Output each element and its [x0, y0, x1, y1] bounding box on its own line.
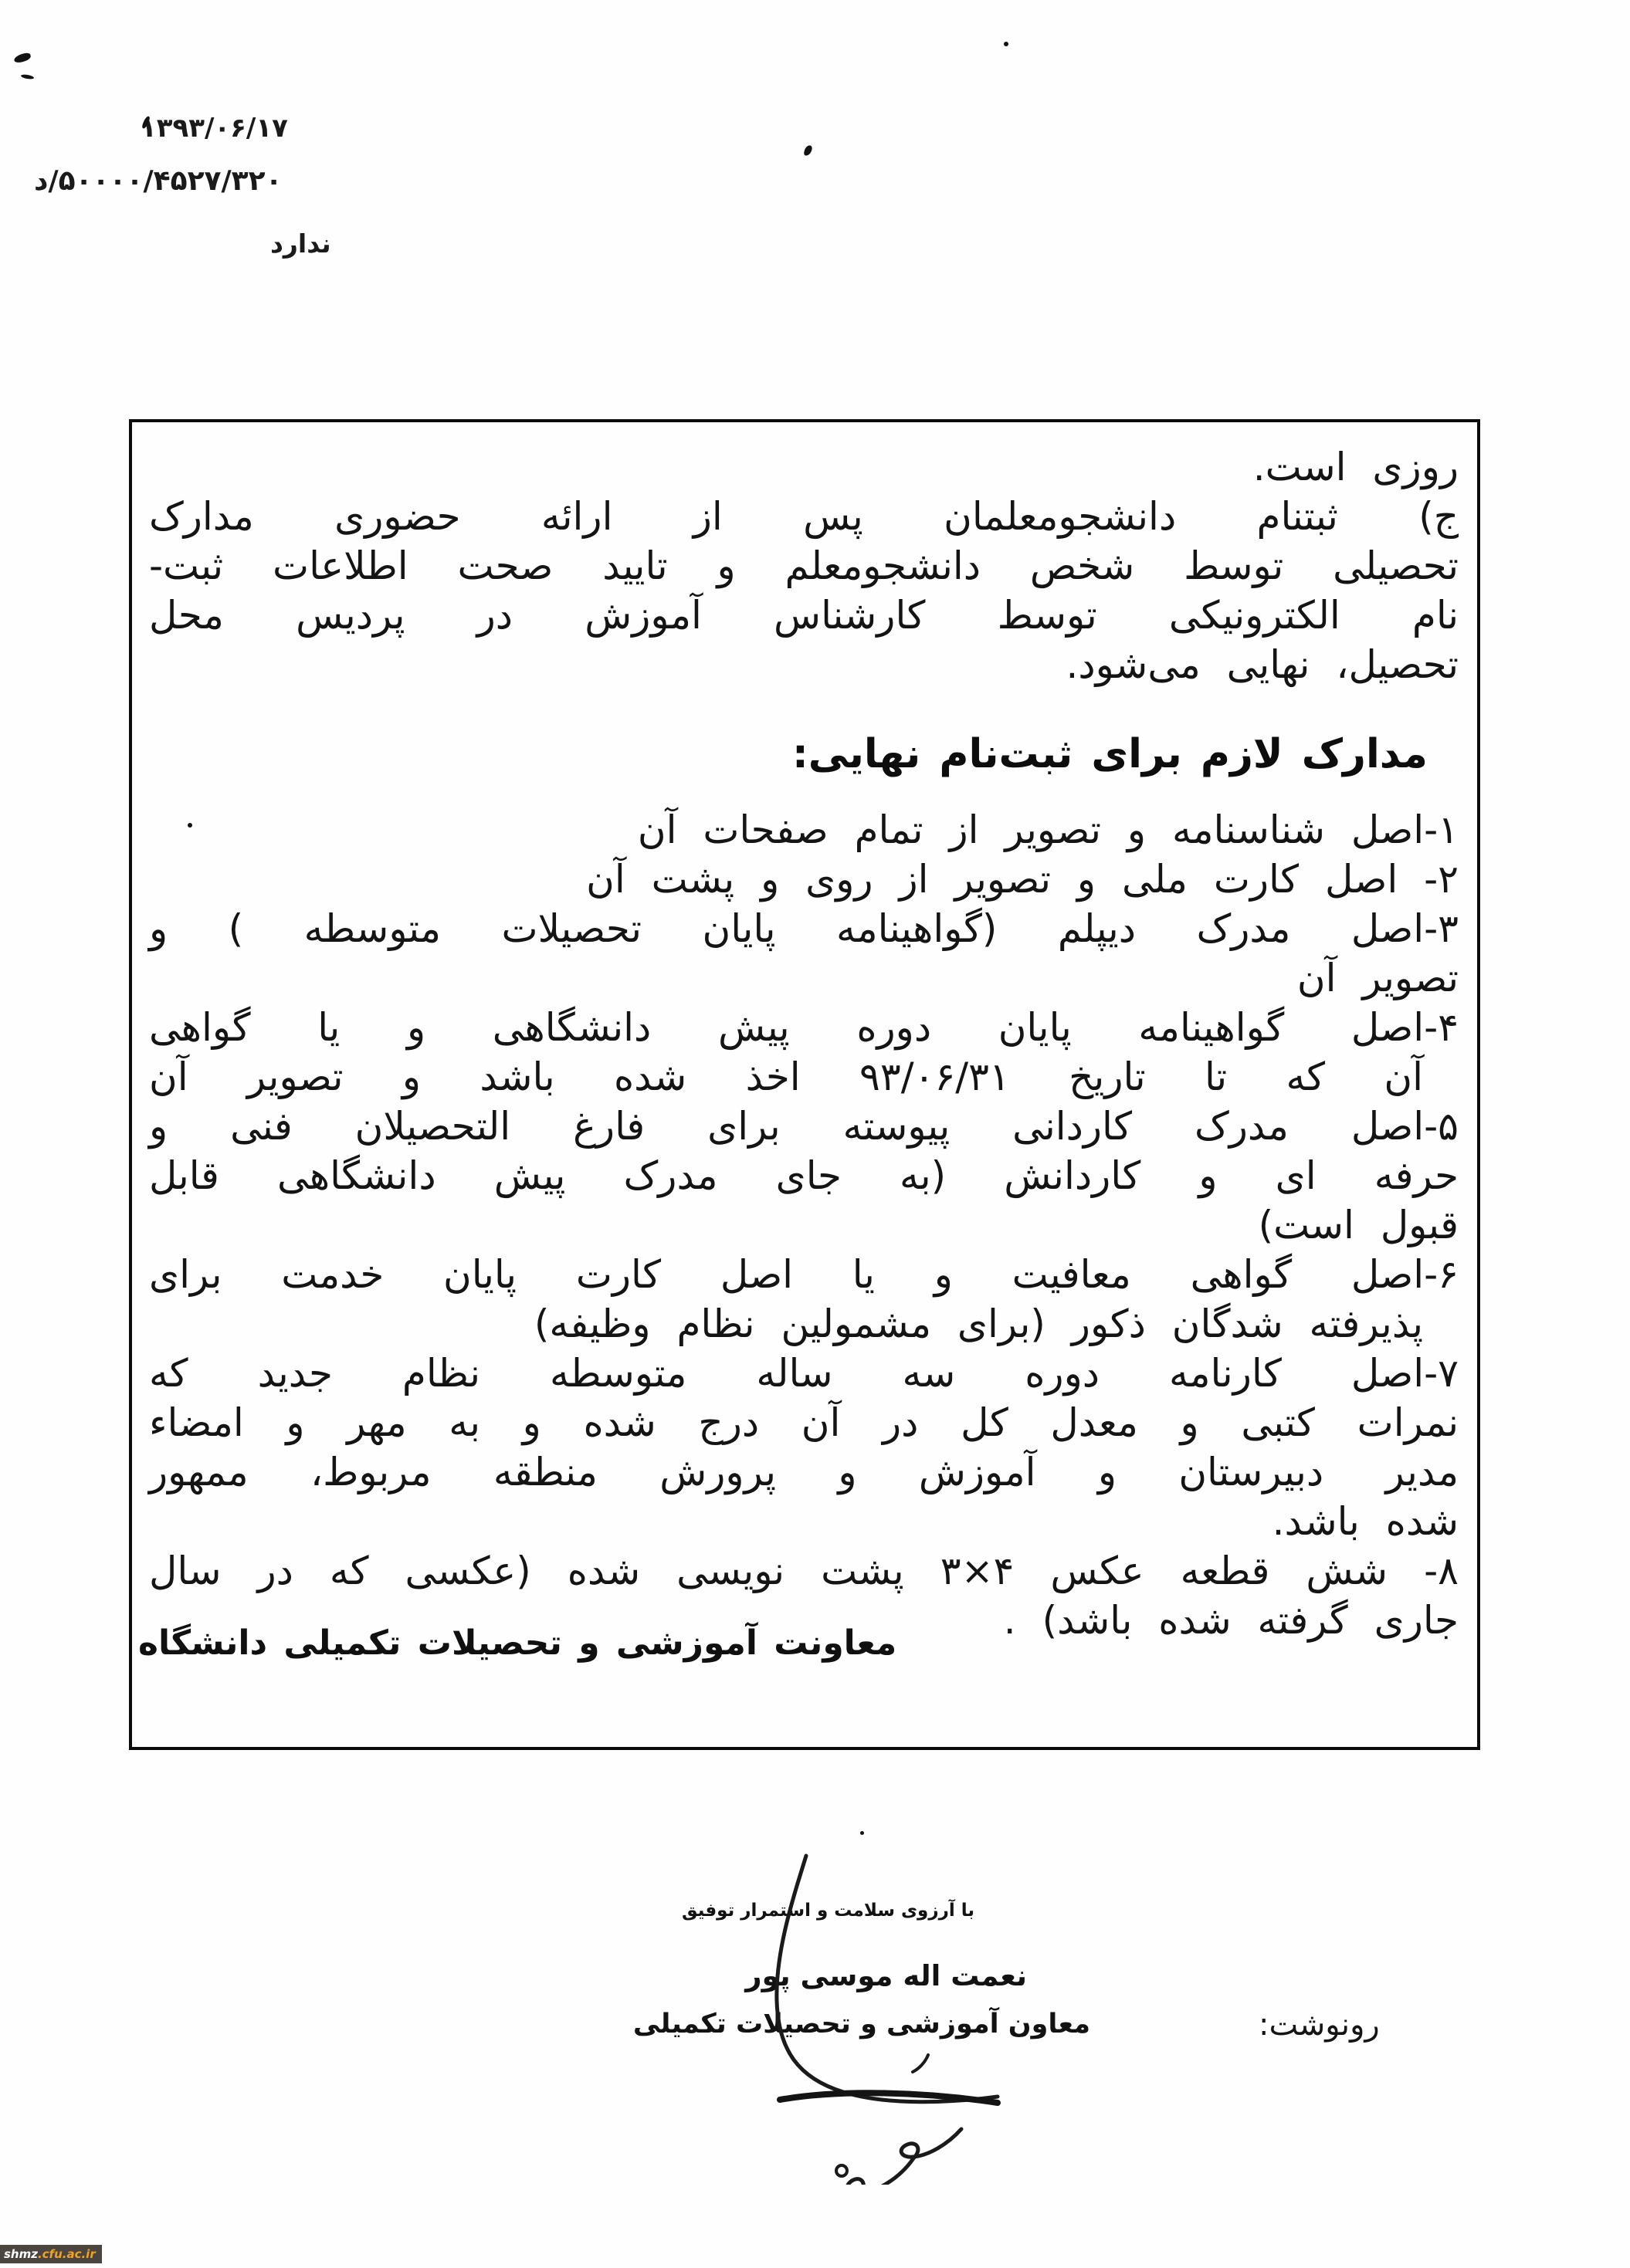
body-line: تحصیلی توسط شخص دانشجومعلم و تایید صحت ا…	[149, 541, 1459, 591]
ink-speck	[860, 1831, 864, 1835]
list-item-continuation: حرفه ای و کاردانش (به جای مدرک پیش دانشگ…	[149, 1151, 1459, 1200]
ink-speck	[188, 823, 192, 828]
list-item-continuation: شده باشد.	[149, 1497, 1459, 1546]
list-item-continuation: قبول است)	[149, 1200, 1459, 1250]
list-item-continuation: مدیر دبیرستان و آموزش و پرورش منطقه مربو…	[149, 1447, 1459, 1497]
list-item-continuation: نمرات کتبی و معدل کل در آن درج شده و به …	[149, 1398, 1459, 1447]
copy-to-label: رونوشت:	[1259, 2007, 1380, 2043]
section-heading: مدارک لازم برای ثبت‌نام نهایی:	[149, 729, 1459, 779]
signature-scribble-dot	[836, 2165, 847, 2176]
list-item: ۷-اصل کارنامه دوره سه ساله متوسطه نظام ج…	[149, 1349, 1459, 1398]
list-item: ۵-اصل مدرک کاردانی پیوسته برای فارغ التح…	[149, 1102, 1459, 1151]
signature-tick	[913, 2055, 928, 2072]
list-item: ۸- شش قطعه عکس ۴×۳ پشت نویسی شده (عکسی ک…	[149, 1546, 1459, 1596]
list-item: ۲- اصل کارت ملی و تصویر از روی و پشت آن	[149, 855, 1459, 904]
letter-date: ۱۳۹۳/۰۶/۱۷	[141, 113, 288, 144]
list-item: ۳-اصل مدرک دیپلم (گواهینامه پایان تحصیلا…	[149, 904, 1459, 953]
ink-speck	[803, 144, 812, 157]
ink-speck	[21, 74, 35, 80]
body-line: روزی است.	[149, 442, 1459, 492]
list-item: ۶-اصل گواهی معافیت و یا اصل کارت پایان خ…	[149, 1250, 1459, 1299]
signature-scribble	[827, 2129, 961, 2185]
letter-body-box: روزی است. ج) ثبتنام دانشجومعلمان پس از ا…	[129, 419, 1480, 1750]
ink-speck	[1004, 42, 1008, 46]
letter-ref-number: د/۵۰۰۰۰/۴۵۲۷/۳۲۰	[34, 165, 283, 197]
list-item-continuation: پذیرفته شدگان ذکور (برای مشمولین نظام وظ…	[149, 1299, 1459, 1349]
watermark: shmz.cfu.ac.ir	[0, 2245, 102, 2263]
watermark-suffix: .cfu.ac.ir	[38, 2247, 96, 2261]
list-item-continuation: تصویر آن	[149, 953, 1459, 1003]
scanned-letter-page: ۱۳۹۳/۰۶/۱۷ د/۵۰۰۰۰/۴۵۲۷/۳۲۰ ندارد روزی ا…	[0, 0, 1630, 2268]
box-signoff: معاونت آموزشی و تحصیلات تکمیلی دانشگاه	[138, 1623, 896, 1663]
body-line: ج) ثبتنام دانشجومعلمان پس از ارائه حضوری…	[149, 492, 1459, 541]
letter-attachment-field: ندارد	[270, 228, 331, 259]
ink-speck	[13, 52, 32, 64]
list-item: ۱-اصل شناسنامه و تصویر از تمام صفحات آن	[149, 805, 1459, 855]
list-item-continuation: آن که تا تاریخ ۹۳/۰۶/۳۱ اخذ شده باشد و ت…	[149, 1052, 1459, 1102]
watermark-prefix: shmz	[4, 2247, 38, 2261]
handwritten-signature	[726, 1822, 1127, 2185]
body-line: نام الکترونیکی توسط کارشناس آموزش در پرد…	[149, 591, 1459, 640]
list-item: ۴-اصل گواهینامه پایان دوره پیش دانشگاهی …	[149, 1003, 1459, 1052]
body-line: تحصیل، نهایی می‌شود.	[149, 640, 1459, 689]
signature-curve	[777, 1856, 998, 2102]
